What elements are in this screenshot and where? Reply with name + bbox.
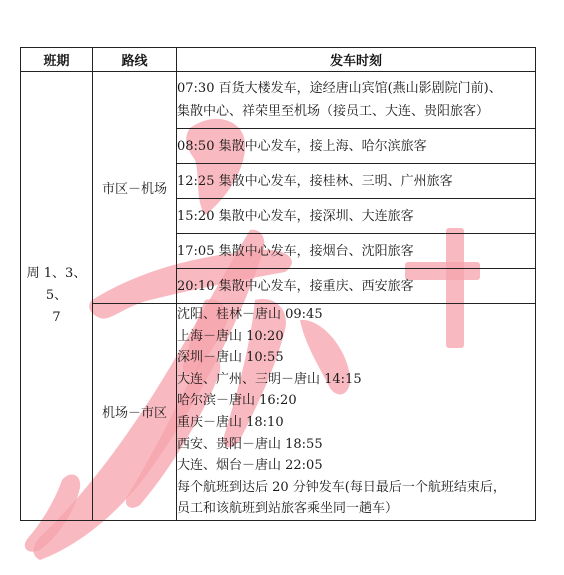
departure-line: 07:30 百货大楼发车，途经唐山宾馆(燕山影剧院门前)、 <box>177 81 502 96</box>
departure-cell: 08:50 集散中心发车，接上海、哈尔滨旅客 <box>177 129 536 164</box>
arrival-line: 上海－唐山 10:20 <box>177 326 535 348</box>
departure-cell: 17:05 集散中心发车，接烟台、沈阳旅客 <box>177 234 536 269</box>
arrival-line: 西安、贵阳－唐山 18:55 <box>177 434 535 456</box>
departure-note-line: 员工和该航班到站旅客乘坐同一趟车） <box>177 498 535 520</box>
arrival-line: 沈阳、桂林－唐山 09:45 <box>177 304 535 326</box>
arrival-line: 重庆－唐山 18:10 <box>177 412 535 434</box>
departure-cell: 15:20 集散中心发车，接深圳、大连旅客 <box>177 199 536 234</box>
departure-cell: 07:30 百货大楼发车，途经唐山宾馆(燕山影剧院门前)、 集散中心、祥荣里至机… <box>177 72 536 129</box>
header-period: 班期 <box>21 48 93 72</box>
arrivals-cell: 沈阳、桂林－唐山 09:45 上海－唐山 10:20 深圳－唐山 10:55 大… <box>177 304 536 521</box>
table-row: 周 1、3、5、 7 市区－机场 07:30 百货大楼发车，途经唐山宾馆(燕山影… <box>21 72 536 129</box>
arrival-line: 大连、烟台－唐山 22:05 <box>177 455 535 477</box>
header-route: 路线 <box>93 48 177 72</box>
period-line-1: 周 1、3、5、 <box>27 266 87 303</box>
departure-cell: 12:25 集散中心发车，接桂林、三明、广州旅客 <box>177 164 536 199</box>
arrival-line: 哈尔滨－唐山 16:20 <box>177 390 535 412</box>
departure-line: 集散中心、祥荣里至机场（接员工、大连、贵阳旅客） <box>177 104 489 119</box>
arrival-line: 大连、广州、三明－唐山 14:15 <box>177 369 535 391</box>
table-header-row: 班期 路线 发车时刻 <box>21 48 536 72</box>
period-line-2: 7 <box>52 310 60 325</box>
table-row: 机场－市区 沈阳、桂林－唐山 09:45 上海－唐山 10:20 深圳－唐山 1… <box>21 304 536 521</box>
shuttle-schedule-table: 班期 路线 发车时刻 周 1、3、5、 7 市区－机场 07:30 百货大楼发车… <box>20 47 536 521</box>
departure-cell: 20:10 集散中心发车，接重庆、西安旅客 <box>177 269 536 304</box>
route-airport-to-city: 机场－市区 <box>93 304 177 521</box>
period-cell: 周 1、3、5、 7 <box>21 72 93 521</box>
header-departure-time: 发车时刻 <box>177 48 536 72</box>
departure-note-line: 每个航班到达后 20 分钟发车(每日最后一个航班结束后， <box>177 477 535 499</box>
route-city-to-airport: 市区－机场 <box>93 72 177 304</box>
arrival-line: 深圳－唐山 10:55 <box>177 347 535 369</box>
